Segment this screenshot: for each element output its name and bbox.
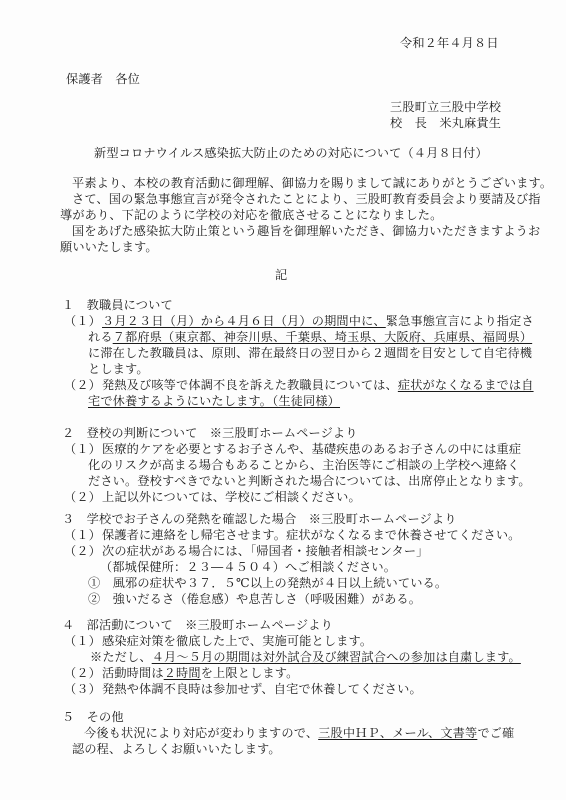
section-1-item-2-line: 宅で休養するようにいたします。（生徒同様） — [88, 394, 340, 408]
section-1-item-1-line: れる７都府県（東京都、神奈川県、千葉県、埼玉県、大阪府、兵庫県、福岡県） — [88, 330, 532, 344]
item-number: （２） — [64, 490, 101, 504]
section-5-heading: ５ その他 — [62, 710, 124, 724]
underlined-text: 宅で休養するようにいたします。（生徒同様） — [88, 394, 340, 408]
section-1-item-1-line: ３月２３日（月）から４月６日（月）の期間中に、緊急事態宣言により指定さ — [102, 314, 534, 328]
section-1-heading: １ 教職員について — [62, 298, 173, 312]
document-date: 令和２年４月８日 — [400, 36, 499, 50]
underlined-text: ２時間 — [164, 666, 201, 680]
sender-organization: 三股町立三股中学校 — [390, 100, 501, 114]
item-number: （２） — [64, 666, 101, 680]
item-number: （１） — [64, 442, 101, 456]
section-3-heading: ３ 学校でお子さんの発熱を確認した場合 ※三股町ホームページより — [62, 512, 457, 526]
ki-heading: 記 — [275, 268, 287, 282]
addressee: 保護者 各位 — [66, 72, 140, 86]
condition-item: ① 風邪の症状や３７．５℃以上の発熱が４日以上続いている。 — [88, 576, 447, 590]
item-number: （１） — [64, 634, 101, 648]
item-number: （２） — [64, 378, 101, 392]
underlined-text: ７都府県（東京都、神奈川県、千葉県、埼玉県、大阪府、兵庫県、福岡県） — [113, 330, 532, 344]
section-1-item-1-line: に滞在した教職員は、原則、滞在最終日の翌日から２週間を目安として自宅待機 — [88, 346, 532, 360]
section-4-item-2-line: 活動時間は２時間を上限とします。 — [102, 666, 298, 680]
section-2-item-1-line: 化のリスクが高まる場合もあることから、主治医等にご相談の上学校へ連絡く — [88, 458, 520, 472]
section-5-line: 今後も状況により対応が変わりますので、三股中ＨＰ、メール、文書等でご確 — [84, 726, 514, 740]
intro-line: 導があり、下記のように学校の対応を徹底させることになりました。 — [60, 208, 442, 222]
intro-line: 平素より、本校の教育活動に御理解、御協力を賜りまして誠にありがとうございます。 — [72, 176, 552, 190]
intro-line: 願いいたします。 — [60, 240, 158, 254]
underlined-text: ３月２３日（月）から４月６日（月）の期間中に、 — [102, 314, 386, 328]
item-number: （１） — [64, 528, 101, 542]
item-number: （１） — [64, 314, 101, 328]
underlined-text: 三股中ＨＰ、メール、文書等 — [318, 726, 477, 740]
item-number: （３） — [64, 682, 101, 696]
sender-name: 校 長 米丸麻貴生 — [390, 116, 501, 130]
document-page: 令和２年４月８日 保護者 各位 三股町立三股中学校 校 長 米丸麻貴生 新型コロ… — [0, 0, 566, 800]
section-2-heading: ２ 登校の判断について ※三股町ホームページより — [62, 426, 358, 440]
intro-line: さて、国の緊急事態宣言が発令されたことにより、三股町教育委員会より要請及び指 — [72, 192, 541, 206]
section-1-item-1-line: とします。 — [88, 362, 149, 376]
underlined-text: 症状がなくなるまでは自 — [398, 378, 534, 392]
intro-line: 国をあげた感染拡大防止策という趣旨を御理解いただき、御協力いただきますようお — [72, 224, 540, 238]
section-2-item-1-line: ださい。登校すべきでないと判断された場合については、出席停止となります。 — [88, 474, 531, 488]
section-2-item-1-line: 医療的ケアを必要とするお子さんや、基礎疾患のあるお子さんの中には重症 — [102, 442, 521, 456]
section-2-item-2-line: 上記以外については、学校にご相談ください。 — [102, 490, 361, 504]
section-3-item-2-line: 次の症状がある場合には、「帰国者・接触者相談センター」 — [102, 544, 429, 558]
document-title: 新型コロナウイルス感染拡大防止のための対応について（４月８日付） — [94, 146, 488, 160]
underlined-text: ４月～５月の期間は対外試合及び練習試合への参加は自粛します。 — [152, 650, 521, 664]
section-1-item-2-line: 発熱及び咳等で体調不良を訴えた教職員については、症状がなくなるまでは自 — [102, 378, 534, 392]
section-3-item-1-line: 保護者に連絡をし帰宅させます。症状がなくなるまで休養させてください。 — [102, 528, 521, 542]
item-number: （２） — [64, 544, 101, 558]
section-4-heading: ４ 部活動について ※三股町ホームページより — [62, 618, 333, 632]
section-4-item-3-line: 発熱や体調不良時は参加せず、自宅で休養してください。 — [102, 682, 422, 696]
section-4-item-1-note: ※ただし、４月～５月の期間は対外試合及び練習試合への参加は自粛します。 — [90, 650, 521, 664]
section-3-item-2-line: （都城保健所：２３―４５０４）へご相談ください。 — [100, 560, 396, 574]
section-5-line: 認の程、よろしくお願いいたします。 — [72, 742, 281, 756]
section-4-item-1-line: 感染症対策を徹底した上で、実施可能とします。 — [102, 634, 372, 648]
condition-item: ② 強いだるさ（倦怠感）や息苦しさ（呼吸困難）がある。 — [88, 592, 421, 606]
